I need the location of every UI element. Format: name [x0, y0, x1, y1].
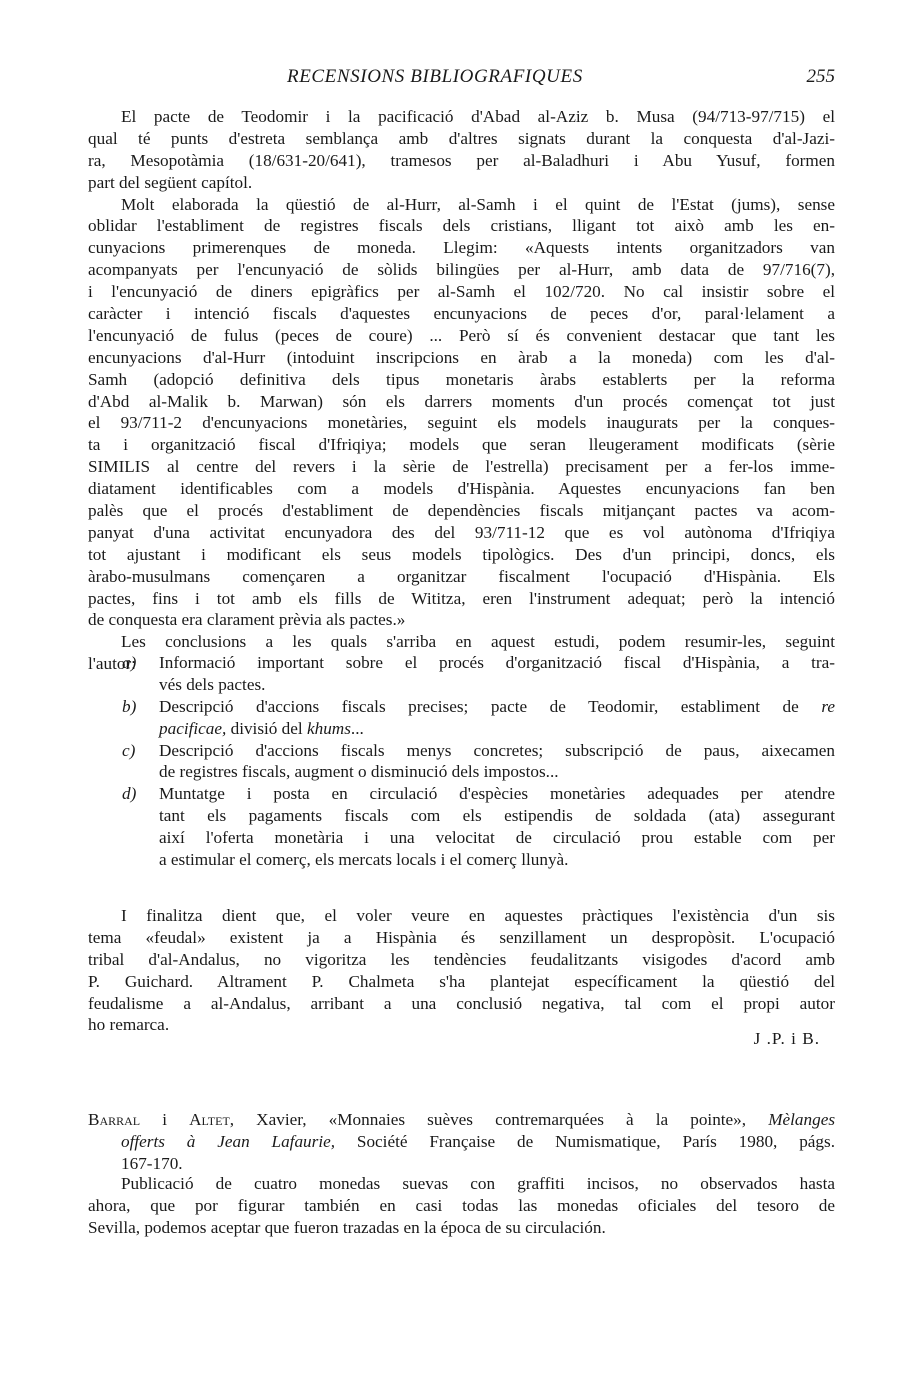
- paragraph-quotation: Molt elaborada la qüestió de al-Hurr, al…: [88, 194, 835, 632]
- author-given-name: , Xavier,: [230, 1110, 329, 1129]
- text-line: caràcter i intenció fiscals d'aquestes e…: [88, 303, 835, 325]
- review-body: El pacte de Teodomir i la pacificació d'…: [88, 106, 835, 675]
- running-header: RECENSIONS BIBLIOGRAFIQUES 255: [287, 66, 835, 88]
- text-line: Muntatge i posta en circulació d'espècie…: [159, 783, 835, 805]
- text-line: ta i organització fiscal d'Ifriqiya; mod…: [88, 434, 835, 456]
- running-title: RECENSIONS BIBLIOGRAFIQUES: [287, 66, 583, 87]
- paragraph-suevic-coins: Publicació de cuatro monedas suevas con …: [88, 1173, 835, 1239]
- conclusions-list: a) Informació important sobre el procés …: [122, 652, 835, 871]
- text-line: SIMILIS al centre del revers i la sèrie …: [88, 456, 835, 478]
- text-line: àrabo-musulmans començaren a organitzar …: [88, 566, 835, 588]
- text-line: acompanyats per l'encunyació de sòlids b…: [88, 259, 835, 281]
- paragraph-teodomir: El pacte de Teodomir i la pacificació d'…: [88, 106, 835, 194]
- list-marker: b): [122, 696, 136, 718]
- author-surname: Barral: [88, 1110, 140, 1129]
- italic-term: khums: [307, 719, 351, 738]
- text-run: divisió del: [231, 719, 303, 738]
- document-page: RECENSIONS BIBLIOGRAFIQUES 255 El pacte …: [0, 0, 921, 1397]
- text-line: Molt elaborada la qüestió de al-Hurr, al…: [88, 194, 835, 216]
- text-line: pactes, fins i tot amb els fills de Witi…: [88, 588, 835, 610]
- text-line: offerts à Jean Lafaurie, Société Françai…: [88, 1131, 835, 1153]
- text-line: Samh (adopció definitiva dels tipus mone…: [88, 369, 835, 391]
- text-line: de registres fiscals, augment o disminuc…: [159, 761, 835, 783]
- article-title: «Monnaies suèves contremarquées à la poi…: [329, 1110, 746, 1129]
- list-item-b: b) Descripció d'accions fiscals precises…: [122, 696, 835, 740]
- text-line: Informació important sobre el procés d'o…: [159, 652, 835, 674]
- author-surname: Altet: [189, 1110, 230, 1129]
- text-line: oblidar l'establiment de registres fisca…: [88, 215, 835, 237]
- text-line: tribal d'al-Andalus, no vigoritza les te…: [88, 949, 835, 971]
- text-line: Les conclusions a les quals s'arriba en …: [88, 631, 835, 653]
- page-range: 167-170.: [88, 1153, 835, 1175]
- text-line: El pacte de Teodomir i la pacificació d'…: [88, 106, 835, 128]
- text-line: així l'oferta monetària i una velocitat …: [159, 827, 835, 849]
- text-line: a estimular el comerç, els mercats local…: [159, 849, 835, 871]
- text-line: encunyacions d'al-Hurr (intoduint inscri…: [88, 347, 835, 369]
- list-item-c: c) Descripció d'accions fiscals menys co…: [122, 740, 835, 784]
- list-item-a: a) Informació important sobre el procés …: [122, 652, 835, 696]
- text-line: Descripció d'accions fiscals precises; p…: [159, 696, 835, 718]
- text-line: palès que el procés d'establiment de dep…: [88, 500, 835, 522]
- text-line: cunyacions primerenques de moneda. Llegi…: [88, 237, 835, 259]
- publisher-info: Société Française de Numismatique, París…: [357, 1132, 835, 1151]
- book-title: Mèlanges: [768, 1110, 835, 1129]
- text-line: Descripció d'accions fiscals menys concr…: [159, 740, 835, 762]
- text-line: i l'encunyació de diners epigràfics per …: [88, 281, 835, 303]
- text-line: ahora, que por figurar también en casi t…: [88, 1195, 835, 1217]
- list-marker: c): [122, 740, 135, 762]
- book-title: offerts à Jean Lafaurie,: [121, 1132, 335, 1151]
- reviewer-signature: J .P. i B.: [700, 1029, 820, 1049]
- text-line: I finalitza dient que, el voler veure en…: [88, 905, 835, 927]
- text-line: d'Abd al-Malik b. Marwan) són els darrer…: [88, 391, 835, 413]
- list-item-d: d) Muntatge i posta en circulació d'espè…: [122, 783, 835, 871]
- text-line: tot ajustant i modificant els seus model…: [88, 544, 835, 566]
- italic-term: re: [821, 697, 835, 716]
- list-marker: a): [122, 652, 136, 674]
- italic-term: pacificae,: [159, 719, 226, 738]
- bibliography-entry: Barral i Altet, Xavier, «Monnaies suèves…: [88, 1109, 835, 1175]
- text-line: l'encunyació de fulus (peces de coure) .…: [88, 325, 835, 347]
- page-number: 255: [807, 66, 836, 88]
- text-line: P. Guichard. Altrament P. Chalmeta s'ha …: [88, 971, 835, 993]
- text-line: diatament identificables com a models d'…: [88, 478, 835, 500]
- text-line: Sevilla, podemos aceptar que fueron traz…: [88, 1217, 835, 1239]
- text-line: qual té punts d'estreta semblança amb d'…: [88, 128, 835, 150]
- text-line: tema «feudal» existent ja a Hispània és …: [88, 927, 835, 949]
- text-line: feudalisme a al-Andalus, arribant a una …: [88, 993, 835, 1015]
- text-line: pacificae, divisió del khums...: [159, 718, 835, 740]
- text-line: panyat d'una activitat encunyadora des d…: [88, 522, 835, 544]
- text-line: Publicació de cuatro monedas suevas con …: [88, 1173, 835, 1195]
- list-marker: d): [122, 783, 136, 805]
- text-line: de conquesta era clarament prèvia als pa…: [88, 609, 835, 631]
- paragraph-final-remarks: I finalitza dient que, el voler veure en…: [88, 905, 835, 1036]
- text-line: part del següent capítol.: [88, 172, 835, 194]
- text-line: ra, Mesopotàmia (18/631-20/641), trameso…: [88, 150, 835, 172]
- text-line: tant els pagaments fiscals com els estip…: [159, 805, 835, 827]
- text-run: Descripció d'accions fiscals precises; p…: [159, 697, 799, 716]
- text-line: Barral i Altet, Xavier, «Monnaies suèves…: [88, 1109, 835, 1131]
- text-run: ...: [351, 719, 364, 738]
- text-line: el 93/711-2 d'encunyacions monetàries, s…: [88, 412, 835, 434]
- text-line: vés dels pactes.: [159, 674, 835, 696]
- text-run: i: [162, 1110, 167, 1129]
